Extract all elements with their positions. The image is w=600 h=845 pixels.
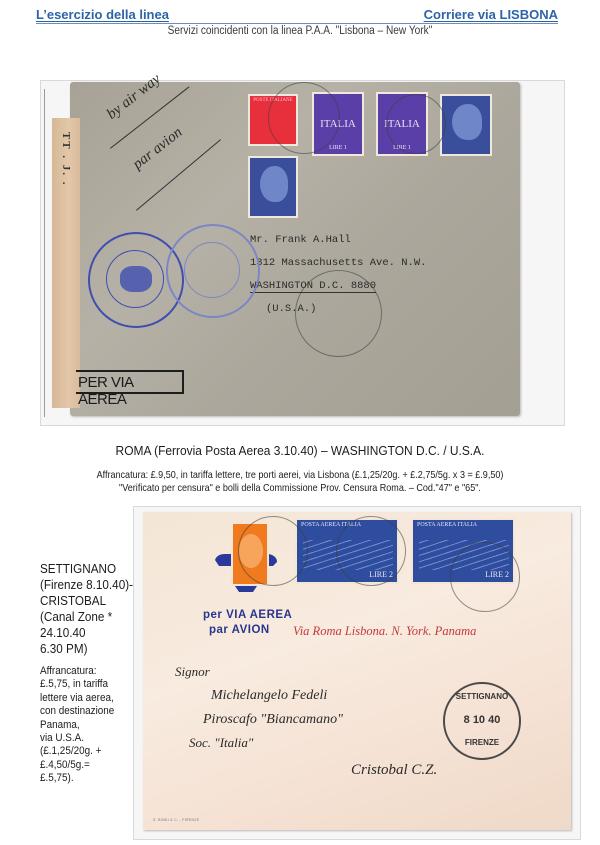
postmark-settignano — [336, 516, 406, 586]
postmark-settignano — [238, 516, 308, 586]
postmark — [268, 82, 340, 154]
cover1-envelope: by air way par avion POSTE ITALIANE ITAL… — [70, 82, 520, 416]
cover2-envelope: POSTA AEREA ITALIA LIRE 2 POSTA AEREA IT… — [143, 512, 571, 830]
airmail-label-fr: par AVION — [209, 624, 270, 636]
airmail-label-it: per VIA AEREA — [203, 609, 292, 621]
address-line: WASHINGTON D.C. 8880 — [250, 280, 376, 293]
page-subtitle: Servizi coincidenti con la linea P.A.A. … — [36, 25, 564, 37]
address-line: Piroscafo "Biancamano" — [203, 712, 343, 728]
cover1-caption-title: ROMA (Ferrovia Posta Aerea 3.10.40) – WA… — [24, 443, 576, 458]
censor-tape: TT . J. . — [52, 118, 80, 408]
address-line: (U.S.A.) — [266, 303, 316, 315]
address-line: Cristobal C.Z. — [351, 762, 437, 779]
route-title: Corriere via LISBONA — [424, 7, 558, 22]
per-via-aerea-label: PER VIA AEREA — [76, 370, 184, 394]
postmark — [386, 94, 446, 154]
cover2-caption-franking: Affrancatura: £.5,75, in tariffa lettere… — [40, 665, 126, 786]
header-rule — [36, 23, 558, 24]
stamp-blue-king — [248, 156, 298, 218]
address-line: Mr. Frank A.Hall — [250, 234, 351, 246]
printer-imprint: S. BINDI & C. - FIRENZE — [153, 818, 199, 822]
section-title: L’esercizio della linea — [36, 7, 169, 22]
stamp-blue-king — [440, 94, 492, 156]
postmark-settignano-firenze: SETTIGNANO 8 10 40 FIRENZE — [443, 682, 521, 760]
address-line: Signor — [175, 664, 210, 680]
address-line: 1312 Massachusetts Ave. N.W. — [250, 257, 426, 269]
censor-stamp-65 — [166, 224, 260, 318]
manuscript-par-avion: par avion — [130, 124, 186, 173]
manuscript-by-air-way: by air way — [104, 71, 164, 123]
cover2-caption-title: SETTIGNANO (Firenze 8.10.40)- CRISTOBAL … — [40, 561, 126, 657]
cover1-caption-censorship: "Verificato per censura" e bolli della C… — [42, 482, 558, 494]
address-line: Soc. "Italia" — [189, 735, 253, 751]
address-line: Michelangelo Fedeli — [211, 688, 327, 704]
postmark-settignano — [450, 542, 520, 612]
cover1-caption-franking: Affrancatura: £.9,50, in tariffa lettere… — [42, 469, 558, 481]
routing-note: Via Roma Lisbona. N. York. Panama — [293, 624, 476, 639]
